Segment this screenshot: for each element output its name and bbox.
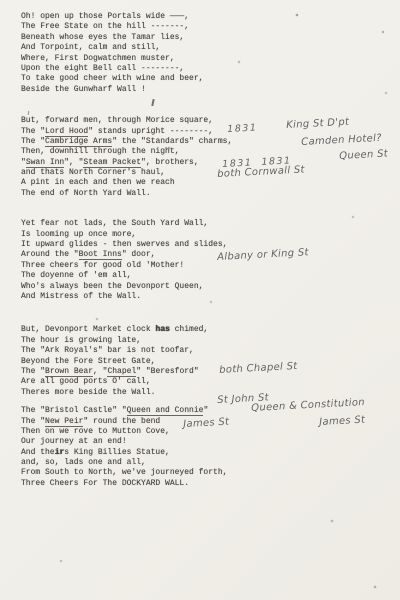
- paper-specks: [0, 0, 2, 2]
- poem-line: The "Brown Bear, "Chapel" "Beresford": [21, 367, 232, 377]
- poem-segment: " stands upright --------,: [88, 127, 213, 136]
- poem-segment: ": [203, 406, 208, 415]
- poem-line: Who's always been the Devonport Queen,: [21, 282, 232, 292]
- poem-segment: s King Billies Statue,: [64, 448, 170, 457]
- poem-segment: Theres more beside the Wall.: [21, 388, 155, 397]
- poem-line: The "Cambridge Arms" the "Standards" cha…: [21, 137, 232, 147]
- overstruck-text: has: [155, 325, 169, 334]
- poem-segment: chimed,: [170, 325, 208, 334]
- poem-segment: " round the bend: [83, 417, 160, 426]
- poem-segment: Then, downhill through the night,: [21, 147, 179, 156]
- poem-segment: " "Beresford": [136, 367, 198, 376]
- underlined-pub-name: Chapel: [107, 367, 136, 377]
- poem-segment: And Mistress of the Wall.: [21, 292, 141, 301]
- poem-segment: Beside the Gunwharf Wall !: [21, 85, 146, 94]
- handwritten-annotation: Camden Hotel?: [301, 133, 382, 148]
- poem-line: Oh! open up those Portals wide ———,: [21, 12, 232, 22]
- stanza: But, Devonport Market clock has chimed,T…: [21, 325, 232, 398]
- scanned-document-page: Oh! open up those Portals wide ———,The F…: [0, 0, 400, 600]
- stanza: Oh! open up those Portals wide ———,The F…: [21, 12, 232, 95]
- poem-segment: and thats North Corner's haul,: [21, 168, 165, 177]
- poem-line: Theres more beside the Wall.: [21, 388, 232, 398]
- poem-segment: But, Devonport Market clock: [21, 325, 155, 334]
- poem-segment: Oh! open up those Portals wide ———,: [21, 12, 189, 21]
- poem-line: And Mistress of the Wall.: [21, 292, 232, 302]
- poem-segment: Our journey at an end!: [21, 437, 127, 446]
- poem-line: and thats North Corner's haul,: [21, 168, 232, 178]
- poem-segment: And the: [21, 448, 55, 457]
- stanza: Yet fear not lads, the South Yard Wall,I…: [21, 219, 232, 302]
- poem-segment: The ": [21, 417, 45, 426]
- poem-segment: " the "Standards" charms,: [112, 137, 232, 146]
- poem-segment: " door,: [122, 250, 156, 259]
- underlined-pub-name: Queen and Connie: [127, 406, 204, 416]
- overstruck-text: ir: [55, 448, 65, 457]
- poem-line: It upward glides - then swerves and slid…: [21, 240, 232, 250]
- poem-segment: The ": [21, 137, 45, 146]
- underlined-pub-name: Brown Bear: [45, 367, 93, 377]
- poem-line: Three cheers for good old 'Mother!: [21, 261, 232, 271]
- poem-segment: Is looming up once more,: [21, 230, 136, 239]
- poem-segment: Around the ": [21, 250, 79, 259]
- poem-line: The "Bristol Castle" "Queen and Connie": [21, 406, 232, 416]
- handwritten-annotation: Queen St: [339, 148, 388, 162]
- poem-line: Three Cheers For The DOCKYARD WALL.: [21, 479, 232, 489]
- poem-segment: Yet fear not lads, the South Yard Wall,: [21, 219, 208, 228]
- poem-segment: A pint in each and then we reach: [21, 178, 175, 187]
- poem-line: Are all good ports O' call,: [21, 377, 232, 387]
- poem-segment: Beyond the Fore Street Gate,: [21, 357, 155, 366]
- poem-line: The hour is growing late,: [21, 336, 232, 346]
- poem-segment: The end of North Yard Wall.: [21, 189, 151, 198]
- poem-segment: Are all good ports O' call,: [21, 377, 151, 386]
- poem-line: Then, downhill through the night,: [21, 147, 232, 157]
- poem-segment: Who's always been the Devonport Queen,: [21, 282, 203, 291]
- poem-segment: ", brothers,: [141, 158, 199, 167]
- poem-line: And Torpoint, calm and still,: [21, 43, 232, 53]
- underlined-pub-name: Swan Inn: [26, 158, 64, 168]
- poem-line: But, forward men, through Morice square,: [21, 116, 232, 126]
- poem-segment: Where, First Dogwatchmen muster,: [21, 54, 175, 63]
- poem-segment: The ": [21, 367, 45, 376]
- poem-line: The Free State on the hill -------,: [21, 22, 232, 32]
- poem-line: Yet fear not lads, the South Yard Wall,: [21, 219, 232, 229]
- handwritten-annotation: 1831: [227, 122, 258, 135]
- poem-segment: The Free State on the hill -------,: [21, 22, 189, 31]
- poem-line: But, Devonport Market clock has chimed,: [21, 325, 232, 335]
- poem-line: Our journey at an end!: [21, 437, 232, 447]
- underlined-pub-name: Steam Packet: [83, 158, 141, 168]
- poem-segment: The "Bristol Castle" ": [21, 406, 127, 415]
- poem-segment: Upon the eight Bell call --------,: [21, 64, 184, 73]
- poem-line: From South to North, we've journeyed for…: [21, 468, 232, 478]
- poem-segment: Three Cheers For The DOCKYARD WALL.: [21, 479, 189, 488]
- poem-line: and, so, lads one and all,: [21, 458, 232, 468]
- underlined-pub-name: Boot Inns: [79, 250, 122, 260]
- poem-line: The "Lord Hood" stands upright --------,: [21, 127, 232, 137]
- poem-line: Beside the Gunwharf Wall !: [21, 85, 232, 95]
- poem-segment: ", ": [64, 158, 83, 167]
- poem-line: Where, First Dogwatchmen muster,: [21, 54, 232, 64]
- poem-segment: Three cheers for good old 'Mother!: [21, 261, 184, 270]
- underlined-pub-name: Lord Hood: [45, 127, 88, 137]
- underlined-pub-name: New Peir: [45, 417, 83, 427]
- poem-line: Beneath whose eyes the Tamar lies,: [21, 33, 232, 43]
- poem-line: The "Ark Royal's" bar is not toofar,: [21, 346, 232, 356]
- poem-segment: And Torpoint, calm and still,: [21, 43, 160, 52]
- poem-line: "Swan Inn", "Steam Packet", brothers,: [21, 158, 232, 168]
- poem-line: Upon the eight Bell call --------,: [21, 64, 232, 74]
- poem-segment: and, so, lads one and all,: [21, 458, 146, 467]
- poem-segment: It upward glides - then swerves and slid…: [21, 240, 227, 249]
- poem-segment: Then on we rove to Mutton Cove,: [21, 427, 170, 436]
- poem-line: Is looming up once more,: [21, 230, 232, 240]
- poem-line: And theirs King Billies Statue,: [21, 448, 232, 458]
- poem-segment: The ": [21, 127, 45, 136]
- poem-line: The doyenne of 'em all,: [21, 271, 232, 281]
- poem-line: Beyond the Fore Street Gate,: [21, 357, 232, 367]
- poem-line: To take good cheer with wine and beer,: [21, 74, 232, 84]
- poem-segment: From South to North, we've journeyed for…: [21, 468, 227, 477]
- poem-segment: The doyenne of 'em all,: [21, 271, 131, 280]
- poem-segment: To take good cheer with wine and beer,: [21, 74, 203, 83]
- handwritten-annotation: James St: [319, 415, 366, 428]
- handwritten-annotation: King St D'pt: [286, 117, 349, 131]
- poem-line: A pint in each and then we reach: [21, 178, 232, 188]
- poem-segment: , ": [93, 367, 107, 376]
- poem-line: The end of North Yard Wall.: [21, 189, 232, 199]
- poem-line: Around the "Boot Inns" door,: [21, 250, 232, 260]
- poem-segment: Beneath whose eyes the Tamar lies,: [21, 33, 184, 42]
- underlined-pub-name: Cambridge Arms: [45, 137, 112, 147]
- poem-segment: The hour is growing late,: [21, 336, 141, 345]
- poem-segment: But, forward men, through Morice square,: [21, 116, 213, 125]
- poem-segment: The "Ark Royal's" bar is not toofar,: [21, 346, 194, 355]
- stanza: But, forward men, through Morice square,…: [21, 116, 232, 199]
